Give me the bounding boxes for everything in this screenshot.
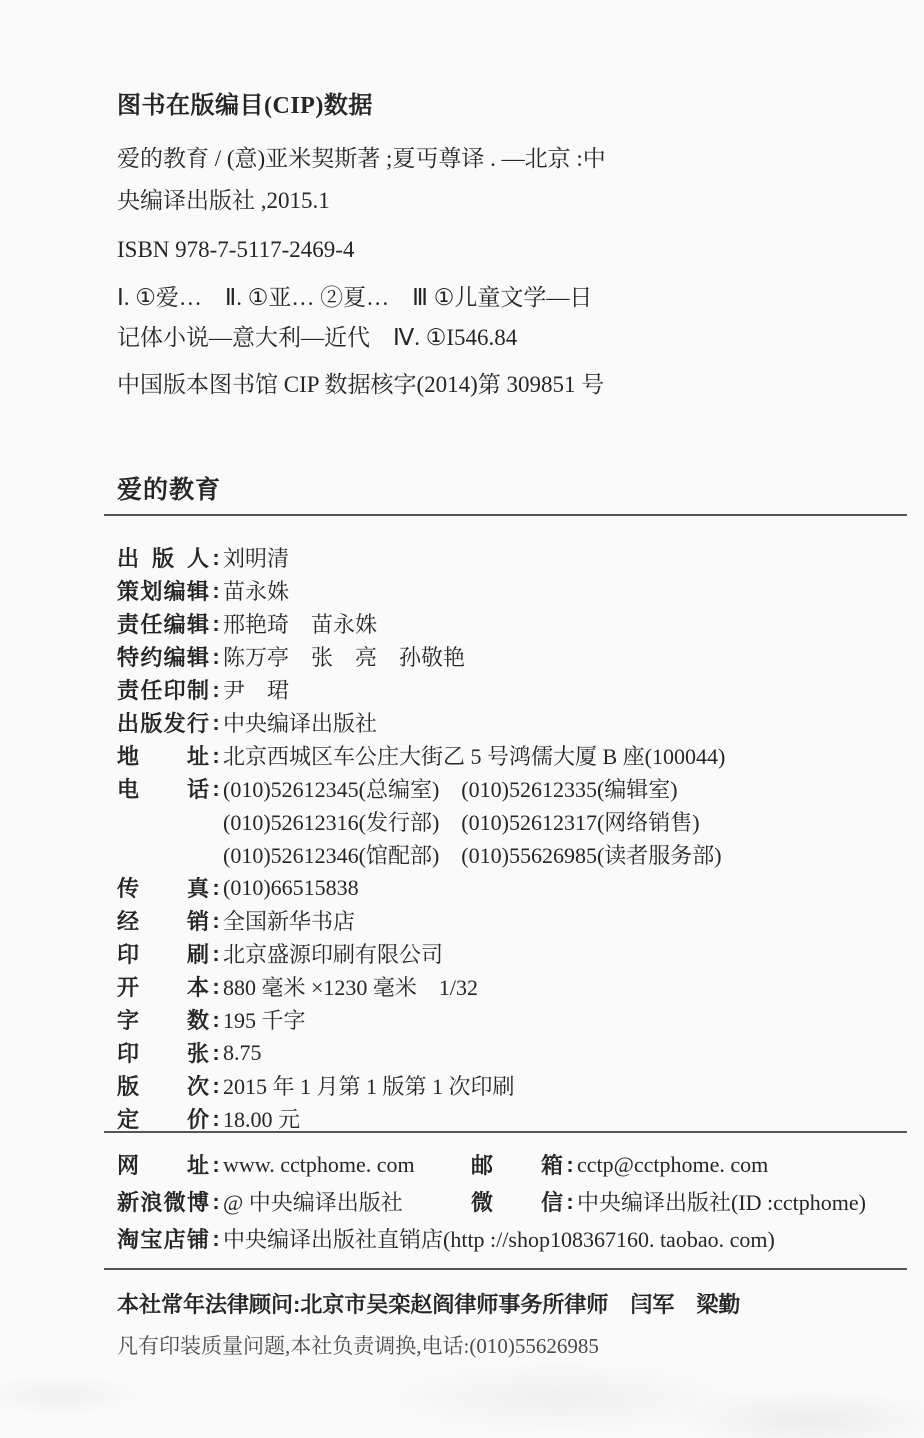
colophon-row: 印张:8.75 — [117, 1036, 909, 1069]
colophon-colon: : — [209, 545, 223, 571]
colophon-row-continuation: (010)52612316(发行部) (010)52612317(网络销售) — [117, 805, 909, 838]
colophon-value: 880 毫米 ×1230 毫米 1/32 — [223, 971, 478, 1002]
cip-block: 图书在版编目(CIP)数据 爱的教育 / (意)亚米契斯著 ;夏丏尊译 . —北… — [117, 92, 909, 406]
taobao-store-url: 中央编译出版社直销店(http ://shop108367160. taobao… — [223, 1223, 775, 1254]
weibo-handle: @ 中央编译出版社 — [223, 1186, 471, 1217]
colophon-colon: : — [209, 677, 223, 703]
colophon-row: 策划编辑:苗永姝 — [117, 574, 909, 607]
contact-row: 淘宝店铺:中央编译出版社直销店(http ://shop108367160. t… — [117, 1220, 909, 1257]
colophon-colon: : — [209, 941, 223, 967]
cip-body-line: 央编译出版社 ,2015.1 — [117, 180, 909, 222]
cip-registry-line: 中国版本图书馆 CIP 数据核字(2014)第 309851 号 — [117, 364, 909, 406]
contact-row: 新浪微博:@ 中央编译出版社微信:中央编译出版社(ID :cctphome) — [117, 1183, 909, 1220]
colophon-label: 开本 — [117, 971, 209, 1002]
colophon-colon: : — [209, 908, 223, 934]
colophon-value: 18.00 元 — [223, 1103, 300, 1134]
cip-classification-line: Ⅰ. ①爱… Ⅱ. ①亚… ②夏… Ⅲ ①儿童文学—日 — [117, 278, 909, 318]
email-address: cctp@cctphome. com — [577, 1152, 768, 1178]
divider — [104, 1268, 907, 1270]
colophon-row: 印刷:北京盛源印刷有限公司 — [117, 937, 909, 970]
colophon-colon: : — [209, 1007, 223, 1033]
contact-label: 微信 — [471, 1186, 563, 1217]
colophon-label: 传真 — [117, 872, 209, 903]
contact-label: 邮箱 — [471, 1149, 563, 1180]
colophon-value: (010)52612346(馆配部) (010)55626985(读者服务部) — [223, 839, 722, 870]
isbn-line: ISBN 978-7-5117-2469-4 — [117, 229, 909, 271]
colophon-colon: : — [209, 974, 223, 1000]
colophon-label: 策划编辑 — [117, 575, 209, 606]
wechat-id: 中央编译出版社(ID :cctphome) — [577, 1186, 866, 1217]
copyright-page: 图书在版编目(CIP)数据 爱的教育 / (意)亚米契斯著 ;夏丏尊译 . —北… — [0, 0, 924, 1438]
colophon-value: 8.75 — [223, 1040, 262, 1066]
print-quality-notice: 凡有印装质量问题,本社负责调换,电话:(010)55626985 — [117, 1330, 599, 1360]
colophon-block: 出版人:刘明清 策划编辑:苗永姝 责任编辑:邢艳琦 苗永姝 特约编辑:陈万亭 张… — [117, 541, 909, 1135]
contact-colon: : — [209, 1152, 223, 1178]
cip-header: 图书在版编目(CIP)数据 — [117, 92, 909, 121]
colophon-colon: : — [209, 1106, 223, 1132]
colophon-value: 195 千字 — [223, 1004, 306, 1035]
colophon-label: 特约编辑 — [117, 641, 209, 672]
contact-block: 网址:www. cctphome. com邮箱:cctp@cctphome. c… — [117, 1146, 909, 1257]
website-url: www. cctphome. com — [223, 1152, 471, 1178]
colophon-row: 出版人:刘明清 — [117, 541, 909, 574]
colophon-value: 2015 年 1 月第 1 版第 1 次印刷 — [223, 1070, 515, 1101]
colophon-value: 刘明清 — [223, 542, 289, 573]
colophon-colon: : — [209, 578, 223, 604]
divider — [104, 1131, 907, 1133]
colophon-colon: : — [209, 776, 223, 802]
colophon-row: 版次:2015 年 1 月第 1 版第 1 次印刷 — [117, 1069, 909, 1102]
colophon-colon: : — [209, 743, 223, 769]
colophon-value: (010)52612316(发行部) (010)52612317(网络销售) — [223, 806, 700, 837]
divider — [104, 514, 907, 516]
contact-colon: : — [209, 1189, 223, 1215]
cip-body-line: 爱的教育 / (意)亚米契斯著 ;夏丏尊译 . —北京 :中 — [117, 138, 909, 180]
colophon-row: 开本:880 毫米 ×1230 毫米 1/32 — [117, 970, 909, 1003]
colophon-colon: : — [209, 1040, 223, 1066]
colophon-row: 经销:全国新华书店 — [117, 904, 909, 937]
legal-counsel-line: 本社常年法律顾问:北京市吴栾赵阎律师事务所律师 闫军 梁勤 — [117, 1288, 740, 1319]
colophon-row: 地址:北京西城区车公庄大街乙 5 号鸿儒大厦 B 座(100044) — [117, 739, 909, 772]
colophon-label: 电话 — [117, 773, 209, 804]
colophon-label: 责任编辑 — [117, 608, 209, 639]
contact-label: 新浪微博 — [117, 1186, 209, 1217]
colophon-colon: : — [209, 875, 223, 901]
contact-label: 淘宝店铺 — [117, 1223, 209, 1254]
colophon-label: 版次 — [117, 1070, 209, 1101]
contact-colon: : — [209, 1226, 223, 1252]
colophon-row: 字数:195 千字 — [117, 1003, 909, 1036]
colophon-label: 字数 — [117, 1004, 209, 1035]
colophon-colon: : — [209, 710, 223, 736]
colophon-value: 邢艳琦 苗永姝 — [223, 608, 377, 639]
colophon-row: 特约编辑:陈万亭 张 亮 孙敬艳 — [117, 640, 909, 673]
cip-classification-line: 记体小说—意大利—近代 Ⅳ. ①I546.84 — [117, 318, 909, 358]
colophon-row: 责任编辑:邢艳琦 苗永姝 — [117, 607, 909, 640]
colophon-row: 出版发行:中央编译出版社 — [117, 706, 909, 739]
colophon-value: 全国新华书店 — [223, 905, 355, 936]
colophon-value: 中央编译出版社 — [223, 707, 377, 738]
colophon-value: (010)66515838 — [223, 875, 359, 901]
colophon-colon: : — [209, 1073, 223, 1099]
contact-colon: : — [563, 1152, 577, 1178]
contact-row: 网址:www. cctphome. com邮箱:cctp@cctphome. c… — [117, 1146, 909, 1183]
colophon-value: 北京盛源印刷有限公司 — [223, 938, 443, 969]
colophon-row: 电话:(010)52612345(总编室) (010)52612335(编辑室) — [117, 772, 909, 805]
colophon-row-continuation: (010)52612346(馆配部) (010)55626985(读者服务部) — [117, 838, 909, 871]
colophon-label: 出版发行 — [117, 707, 209, 738]
colophon-colon: : — [209, 611, 223, 637]
colophon-row: 责任印制:尹 珺 — [117, 673, 909, 706]
colophon-label: 地址 — [117, 740, 209, 771]
colophon-value: 尹 珺 — [223, 674, 289, 705]
colophon-label: 责任印制 — [117, 674, 209, 705]
colophon-label: 定价 — [117, 1103, 209, 1134]
colophon-label: 出版人 — [117, 542, 209, 573]
colophon-value: (010)52612345(总编室) (010)52612335(编辑室) — [223, 773, 678, 804]
contact-colon: : — [563, 1189, 577, 1215]
colophon-label: 经销 — [117, 905, 209, 936]
colophon-row: 传真:(010)66515838 — [117, 871, 909, 904]
colophon-value: 陈万亭 张 亮 孙敬艳 — [223, 641, 465, 672]
colophon-colon: : — [209, 644, 223, 670]
colophon-label: 印刷 — [117, 938, 209, 969]
colophon-label: 印张 — [117, 1037, 209, 1068]
colophon-value: 北京西城区车公庄大街乙 5 号鸿儒大厦 B 座(100044) — [223, 740, 725, 771]
book-title: 爱的教育 — [117, 477, 221, 505]
colophon-value: 苗永姝 — [223, 575, 289, 606]
contact-label: 网址 — [117, 1149, 209, 1180]
